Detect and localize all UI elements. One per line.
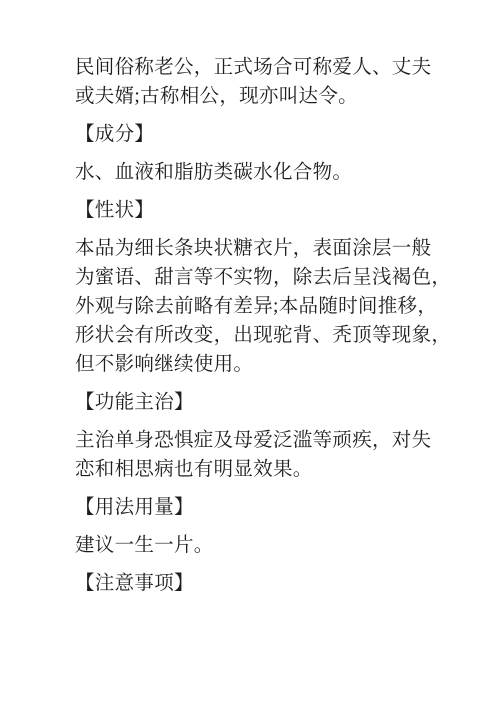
text-line: 【成分】 (75, 120, 444, 149)
text-line: 水、血液和脂肪类碳水化合物。 (75, 158, 444, 187)
section-heading-properties: 【性状】 (75, 196, 444, 225)
intro-paragraph: 民间俗称老公，正式场合可称爱人、丈夫或夫婿;古称相公，现亦叫达令。 (75, 53, 444, 111)
text-line: 【功能主治】 (75, 388, 444, 417)
properties-paragraph: 本品为细长条块状糖衣片，表面涂层一般为蜜语、甜言等不实物，除去后呈浅褐色，外观与… (75, 234, 444, 379)
text-line: 外观与除去前略有差异;本品随时间推移， (75, 292, 444, 321)
ingredients-paragraph: 水、血液和脂肪类碳水化合物。 (75, 158, 444, 187)
text-line: 为蜜语、甜言等不实物，除去后呈浅褐色， (75, 263, 444, 292)
text-line: 本品为细长条块状糖衣片，表面涂层一般 (75, 234, 444, 263)
section-heading-indications: 【功能主治】 (75, 388, 444, 417)
text-line: 形状会有所改变，出现驼背、秃顶等现象， (75, 321, 444, 350)
text-line: 【用法用量】 (75, 493, 444, 522)
text-line: 民间俗称老公，正式场合可称爱人、丈夫 (75, 53, 444, 82)
text-line: 【注意事项】 (75, 569, 444, 598)
text-line: 建议一生一片。 (75, 531, 444, 560)
document-page: 民间俗称老公，正式场合可称爱人、丈夫或夫婿;古称相公，现亦叫达令。【成分】水、血… (0, 0, 500, 708)
section-heading-dosage: 【用法用量】 (75, 493, 444, 522)
text-line: 【性状】 (75, 196, 444, 225)
dosage-paragraph: 建议一生一片。 (75, 531, 444, 560)
text-line: 主治单身恐惧症及母爱泛滥等顽疾，对失 (75, 426, 444, 455)
section-heading-ingredients: 【成分】 (75, 120, 444, 149)
section-heading-precautions: 【注意事项】 (75, 569, 444, 598)
indications-paragraph: 主治单身恐惧症及母爱泛滥等顽疾，对失恋和相思病也有明显效果。 (75, 426, 444, 484)
text-line: 但不影响继续使用。 (75, 350, 444, 379)
text-line: 恋和相思病也有明显效果。 (75, 455, 444, 484)
text-line: 或夫婿;古称相公，现亦叫达令。 (75, 82, 444, 111)
